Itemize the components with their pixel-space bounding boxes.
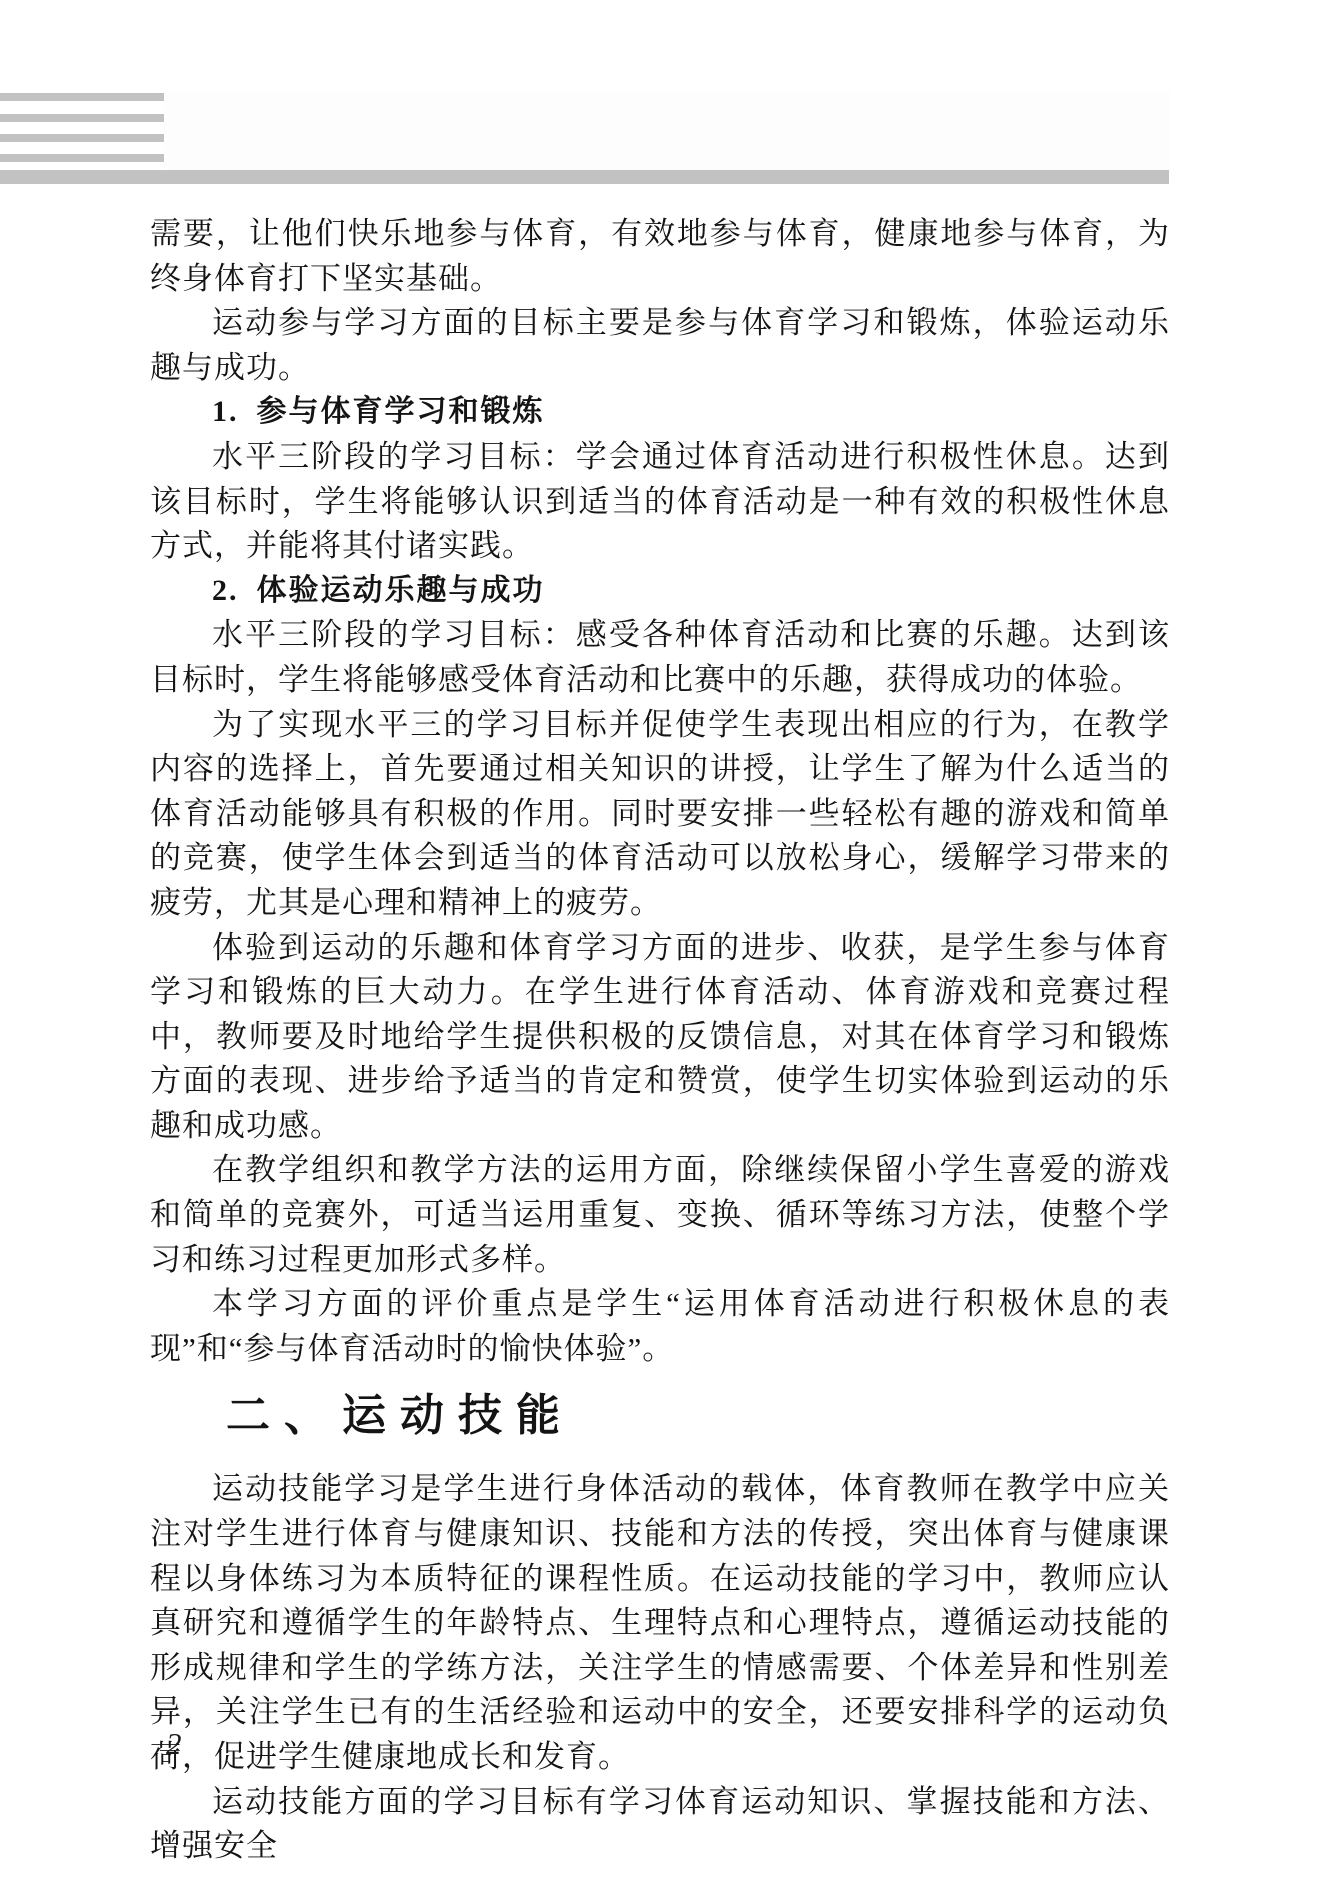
decorative-rule xyxy=(0,170,1169,184)
body-paragraph: 水平三阶段的学习目标：学会通过体育活动进行积极性休息。达到该目标时，学生将能够认… xyxy=(150,435,1170,569)
decorative-bar xyxy=(0,134,164,142)
body-paragraph: 需要，让他们快乐地参与体育，有效地参与体育，健康地参与体育，为终身体育打下坚实基… xyxy=(150,212,1170,301)
decorative-bar xyxy=(0,114,164,122)
body-paragraph: 本学习方面的评价重点是学生“运用体育活动进行积极休息的表现”和“参与体育活动时的… xyxy=(150,1282,1170,1371)
decorative-bar xyxy=(0,93,164,101)
numbered-heading-2: 2.体验运动乐趣与成功 xyxy=(150,569,1170,614)
body-paragraph: 为了实现水平三的学习目标并促使学生表现出相应的行为，在教学内容的选择上，首先要通… xyxy=(150,703,1170,926)
text-column: 需要，让他们快乐地参与体育，有效地参与体育，健康地参与体育，为终身体育打下坚实基… xyxy=(150,212,1170,1869)
book-page: 需要，让他们快乐地参与体育，有效地参与体育，健康地参与体育，为终身体育打下坚实基… xyxy=(0,0,1331,1884)
page-number: 2 xyxy=(166,1726,182,1762)
body-paragraph: 在教学组织和教学方法的运用方面，除继续保留小学生喜爱的游戏和简单的竞赛外，可适当… xyxy=(150,1148,1170,1282)
body-paragraph: 水平三阶段的学习目标：感受各种体育活动和比赛的乐趣。达到该目标时，学生将能够感受… xyxy=(150,613,1170,702)
section-heading: 二、运动技能 xyxy=(150,1389,1170,1443)
heading-number: 2. xyxy=(212,574,239,607)
body-paragraph: 运动参与学习方面的目标主要是参与体育学习和锻炼，体验运动乐趣与成功。 xyxy=(150,301,1170,390)
body-paragraph: 运动技能学习是学生进行身体活动的载体，体育教师在教学中应关注对学生进行体育与健康… xyxy=(150,1467,1170,1779)
body-paragraph: 体验到运动的乐趣和体育学习方面的进步、收获，是学生参与体育学习和锻炼的巨大动力。… xyxy=(150,926,1170,1149)
header-decoration-panel xyxy=(164,92,1170,170)
heading-title: 体验运动乐趣与成功 xyxy=(257,574,545,607)
decorative-bar xyxy=(0,154,164,162)
heading-number: 1. xyxy=(212,395,239,428)
body-paragraph: 运动技能方面的学习目标有学习体育运动知识、掌握技能和方法、增强安全 xyxy=(150,1780,1170,1869)
numbered-heading-1: 1.参与体育学习和锻炼 xyxy=(150,390,1170,435)
heading-title: 参与体育学习和锻炼 xyxy=(257,395,545,428)
